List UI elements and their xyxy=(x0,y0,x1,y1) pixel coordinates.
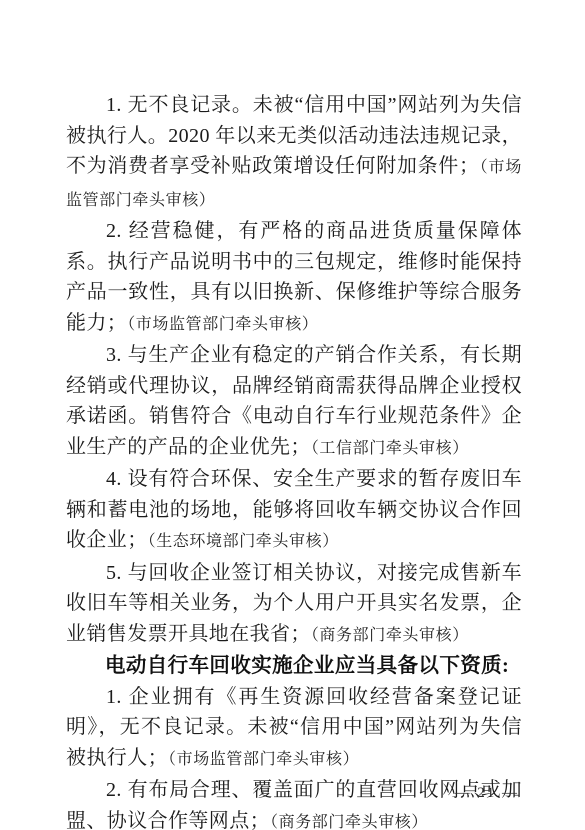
paragraph: 2. 有布局合理、覆盖面广的直营回收网点或加盟、协议合作等网点；（商务部门牵头审… xyxy=(66,775,522,830)
review-note: （商务部门牵头审核） xyxy=(270,814,428,830)
review-note: （市场监管部门牵头审核） xyxy=(127,316,318,333)
document-page: 1. 无不良记录。未被“信用中国”网站列为失信被执行人。2020 年以来无类似活… xyxy=(0,0,585,830)
paragraph: 2. 经营稳健，有严格的商品进货质量保障体系。执行产品说明书中的三包规定，维修时… xyxy=(66,216,522,340)
paragraph: 3. 与生产企业有稳定的产销合作关系，有长期经销或代理协议，品牌经销商需获得品牌… xyxy=(66,340,522,464)
paragraph: 1. 无不良记录。未被“信用中国”网站列为失信被执行人。2020 年以来无类似活… xyxy=(66,90,522,216)
paragraph: 4. 设有符合环保、安全生产要求的暂存废旧车辆和蓄电池的场地，能够将回收车辆交协… xyxy=(66,464,522,558)
review-note: （工信部门牵头审核） xyxy=(311,440,469,457)
review-note: （生态环境部门牵头审核） xyxy=(148,533,339,550)
section-heading: 电动自行车回收实施企业应当具备以下资质: xyxy=(66,651,522,682)
paragraph: 1. 企业拥有《再生资源回收经营备案登记证明》，无不良记录。未被“信用中国”网站… xyxy=(66,682,522,776)
paragraph-text: 1. 无不良记录。未被“信用中国”网站列为失信被执行人。2020 年以来无类似活… xyxy=(66,94,522,177)
review-note: （商务部门牵头审核） xyxy=(311,627,469,644)
review-note: （市场监管部门牵头审核） xyxy=(168,751,359,768)
page-number: — 21 — xyxy=(455,785,520,802)
paragraph: 5. 与回收企业签订相关协议，对接完成售新车收旧车等相关业务，为个人用户开具实名… xyxy=(66,558,522,652)
